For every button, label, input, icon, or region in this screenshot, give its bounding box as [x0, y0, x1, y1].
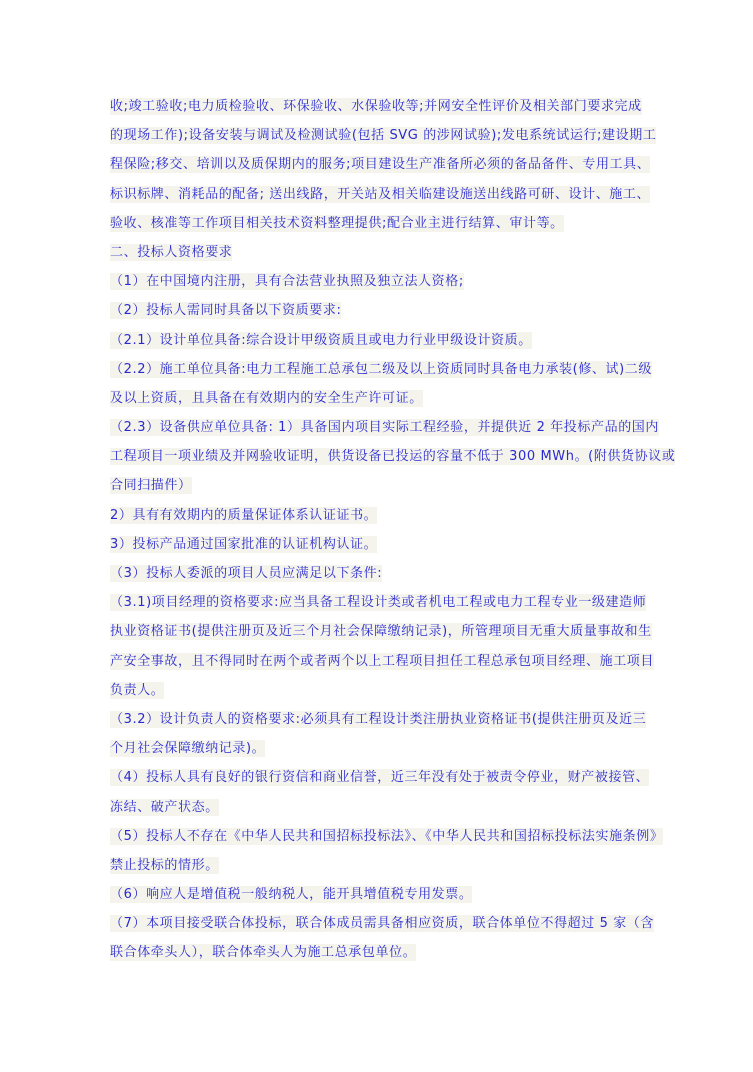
text-line-1: 收;竣工验收;电力质检验收、环保验收、水保验收等;并网安全性评价及相关部门要求完… [110, 92, 645, 121]
text-line-5: 验收、核准等工作项目相关技术资料整理提供;配合业主进行结算、审计等。 [110, 209, 645, 238]
text-line-4: 标识标牌、消耗品的配备; 送出线路，开关站及相关临建设施送出线路可研、设计、施工… [110, 180, 645, 209]
text-line-3: 程保险;移交、培训以及质保期内的服务;项目建设生产准备所必须的备品备件、专用工具… [110, 150, 645, 179]
requirement-2: （2）投标人需同时具备以下资质要求: [110, 296, 645, 325]
requirement-2-2-cont: 及以上资质，且具备在有效期内的安全生产许可证。 [110, 384, 645, 413]
requirement-3: （3）投标人委派的项目人员应满足以下条件: [110, 559, 645, 588]
requirement-3-1-cont3: 负责人。 [110, 676, 645, 705]
requirement-7-cont: 联合体牵头人），联合体牵头人为施工总承包单位。 [110, 938, 645, 967]
requirement-5: （5）投标人不存在《中华人民共和国招标投标法》、《中华人民共和国招标投标法实施条… [110, 822, 645, 851]
requirement-4-cont: 冻结、破产状态。 [110, 793, 645, 822]
requirement-4: （4）投标人具有良好的银行资信和商业信誉，近三年没有处于被责令停业，财产被接管、 [110, 763, 645, 792]
requirement-5-cont: 禁止投标的情形。 [110, 851, 645, 880]
requirement-1: （1）在中国境内注册，具有合法营业执照及独立法人资格; [110, 267, 645, 296]
requirement-2-1: （2.1）设计单位具备:综合设计甲级资质且或电力行业甲级设计资质。 [110, 326, 645, 355]
requirement-2-3-item-2: 2）具有有效期内的质量保证体系认证证书。 [110, 501, 645, 530]
requirement-2-3: （2.3）设备供应单位具备: 1）具备国内项目实际工程经验，并提供近 2 年投标… [110, 413, 645, 442]
requirement-3-2-cont: 个月社会保障缴纳记录)。 [110, 734, 645, 763]
requirement-3-1-cont2: 产安全事故，且不得同时在两个或者两个以上工程项目担任工程总承包项目经理、施工项目 [110, 647, 645, 676]
requirement-3-1-cont: 执业资格证书(提供注册页及近三个月社会保障缴纳记录)，所管理项目无重大质量事故和… [110, 617, 645, 646]
requirement-2-2: （2.2）施工单位具备:电力工程施工总承包二级及以上资质同时具备电力承装(修、试… [110, 355, 645, 384]
document-page: 收;竣工验收;电力质检验收、环保验收、水保验收等;并网安全性评价及相关部门要求完… [110, 92, 645, 968]
requirement-2-3-item-3: 3）投标产品通过国家批准的认证机构认证。 [110, 530, 645, 559]
text-line-2: 的现场工作);设备安装与调试及检测试验(包括 SVG 的涉网试验);发电系统试运… [110, 121, 645, 150]
section-heading: 二、投标人资格要求 [110, 238, 645, 267]
requirement-6: （6）响应人是增值税一般纳税人，能开具增值税专用发票。 [110, 880, 645, 909]
requirement-3-2: （3.2）设计负责人的资格要求:必须具有工程设计类注册执业资格证书(提供注册页及… [110, 705, 645, 734]
requirement-7: （7）本项目接受联合体投标，联合体成员需具备相应资质，联合体单位不得超过 5 家… [110, 909, 645, 938]
requirement-2-3-cont2: 合同扫描件） [110, 471, 645, 500]
requirement-2-3-cont: 工程项目一项业绩及并网验收证明，供货设备已投运的容量不低于 300 MWh。(附… [110, 442, 645, 471]
requirement-3-1: （3.1)项目经理的资格要求:应当具备工程设计类或者机电工程或电力工程专业一级建… [110, 588, 645, 617]
